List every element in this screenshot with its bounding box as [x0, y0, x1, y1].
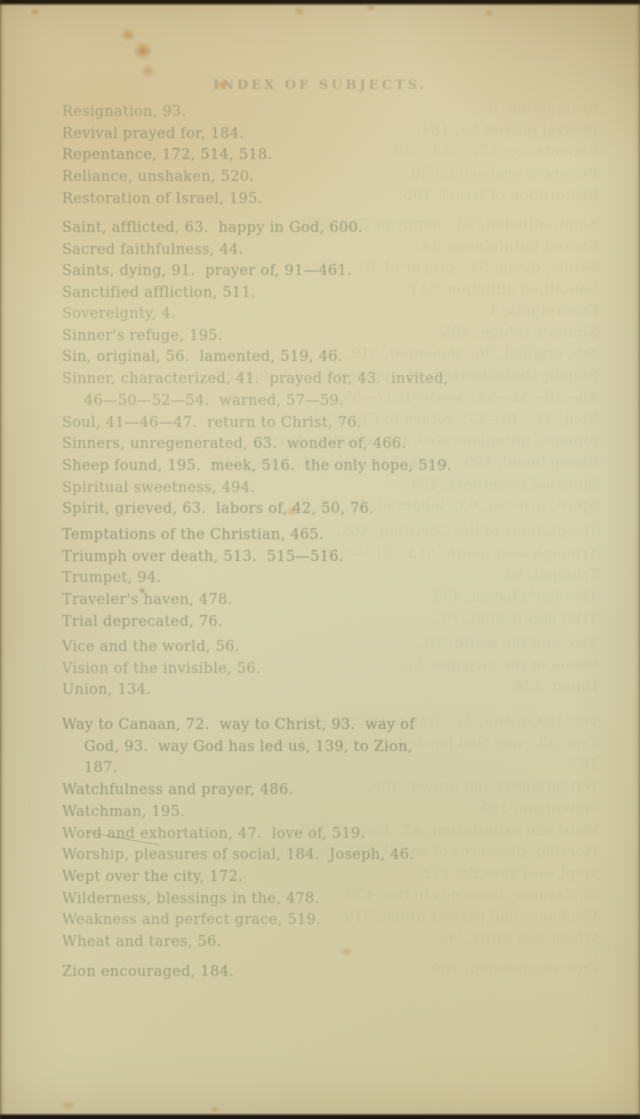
index-entry: Wept over the city, 172.: [62, 869, 243, 885]
index-entry: Saints, dying, 91. prayer of, 91—461.: [62, 263, 352, 279]
scan-edge-bottom: [0, 1113, 640, 1119]
scan-edge-left: [0, 0, 3, 1119]
index-entry: Sanctified affliction, 511.: [62, 285, 256, 301]
index-entry: Triumph over death, 513. 515—516.: [62, 549, 344, 565]
index-entry: Spirit, grieved, 63. labors of, 42, 50, …: [62, 501, 374, 517]
page-header: INDEX OF SUBJECTS.: [0, 78, 640, 93]
index-entry: Sinners, unregenerated, 63. wonder of, 4…: [62, 436, 406, 452]
index-entry-continuation: 187.: [84, 760, 118, 776]
index-entry: Wheat and tares, 56.: [62, 934, 221, 950]
index-entry: Watchman, 195.: [62, 804, 185, 820]
index-entry: Weakness and perfect grace, 519.: [62, 912, 321, 928]
scan-edge-top: [0, 0, 640, 6]
index-entry: Repentance, 172, 514, 518.: [62, 147, 272, 163]
index-entry: Way to Canaan, 72. way to Christ, 93. wa…: [62, 717, 415, 733]
index-entry: Watchfulness and prayer, 486.: [62, 782, 293, 798]
index-entry: Worship, pleasures of social, 184. Josep…: [62, 847, 414, 863]
index-entry-continuation: 46—50—52—54. warned, 57—59.: [84, 393, 344, 409]
index-entry-continuation: God, 93. way God has led us, 139, to Zio…: [84, 739, 413, 755]
index-entry: Sinner's refuge, 195.: [62, 328, 223, 344]
index-entry: Word and exhortation, 47. love of, 519.: [62, 826, 365, 842]
scanned-book-page: INDEX OF SUBJECTS. Resignation, 93.Reviv…: [0, 0, 640, 1119]
index-entry: Reliance, unshaken, 520.: [62, 169, 254, 185]
index-entry: Union, 134.: [62, 682, 151, 698]
index-entry: Soul, 41—46—47. return to Christ, 76.: [62, 415, 362, 431]
index-entry: Trumpet, 94.: [62, 570, 161, 586]
index-entry: Sinner, characterized, 41. prayed for, 4…: [62, 371, 449, 387]
index-entry: Sacred faithfulness, 44.: [62, 242, 244, 258]
index-entry: Wilderness, blessings in the, 478.: [62, 891, 319, 907]
index-entry: Traveler's haven, 478.: [62, 592, 232, 608]
index-entry: Sheep found, 195. meek, 516. the only ho…: [62, 458, 452, 474]
index-text-layer: Resignation, 93.Revival prayed for, 184.…: [0, 0, 640, 1119]
index-entry: Sin, original, 56. lamented, 519, 46.: [62, 349, 343, 365]
index-entry: Resignation, 93.: [62, 104, 186, 120]
index-entry: Vice and the world, 56.: [62, 639, 240, 655]
index-entry: Zion encouraged, 184.: [62, 964, 234, 980]
index-entry: Temptations of the Christian, 465.: [62, 527, 324, 543]
index-entry: Revival prayed for, 184.: [62, 126, 244, 142]
index-entry: Trial deprecated, 76.: [62, 614, 223, 630]
index-entry: Vision of the invisible, 56.: [62, 661, 261, 677]
index-entry: Spiritual sweetness, 494.: [62, 480, 255, 496]
index-entry: Sovereignty, 4.: [62, 306, 176, 322]
index-entry: Restoration of Israel, 195.: [62, 191, 263, 207]
index-entry: Saint, afflicted, 63. happy in God, 600.: [62, 220, 363, 236]
